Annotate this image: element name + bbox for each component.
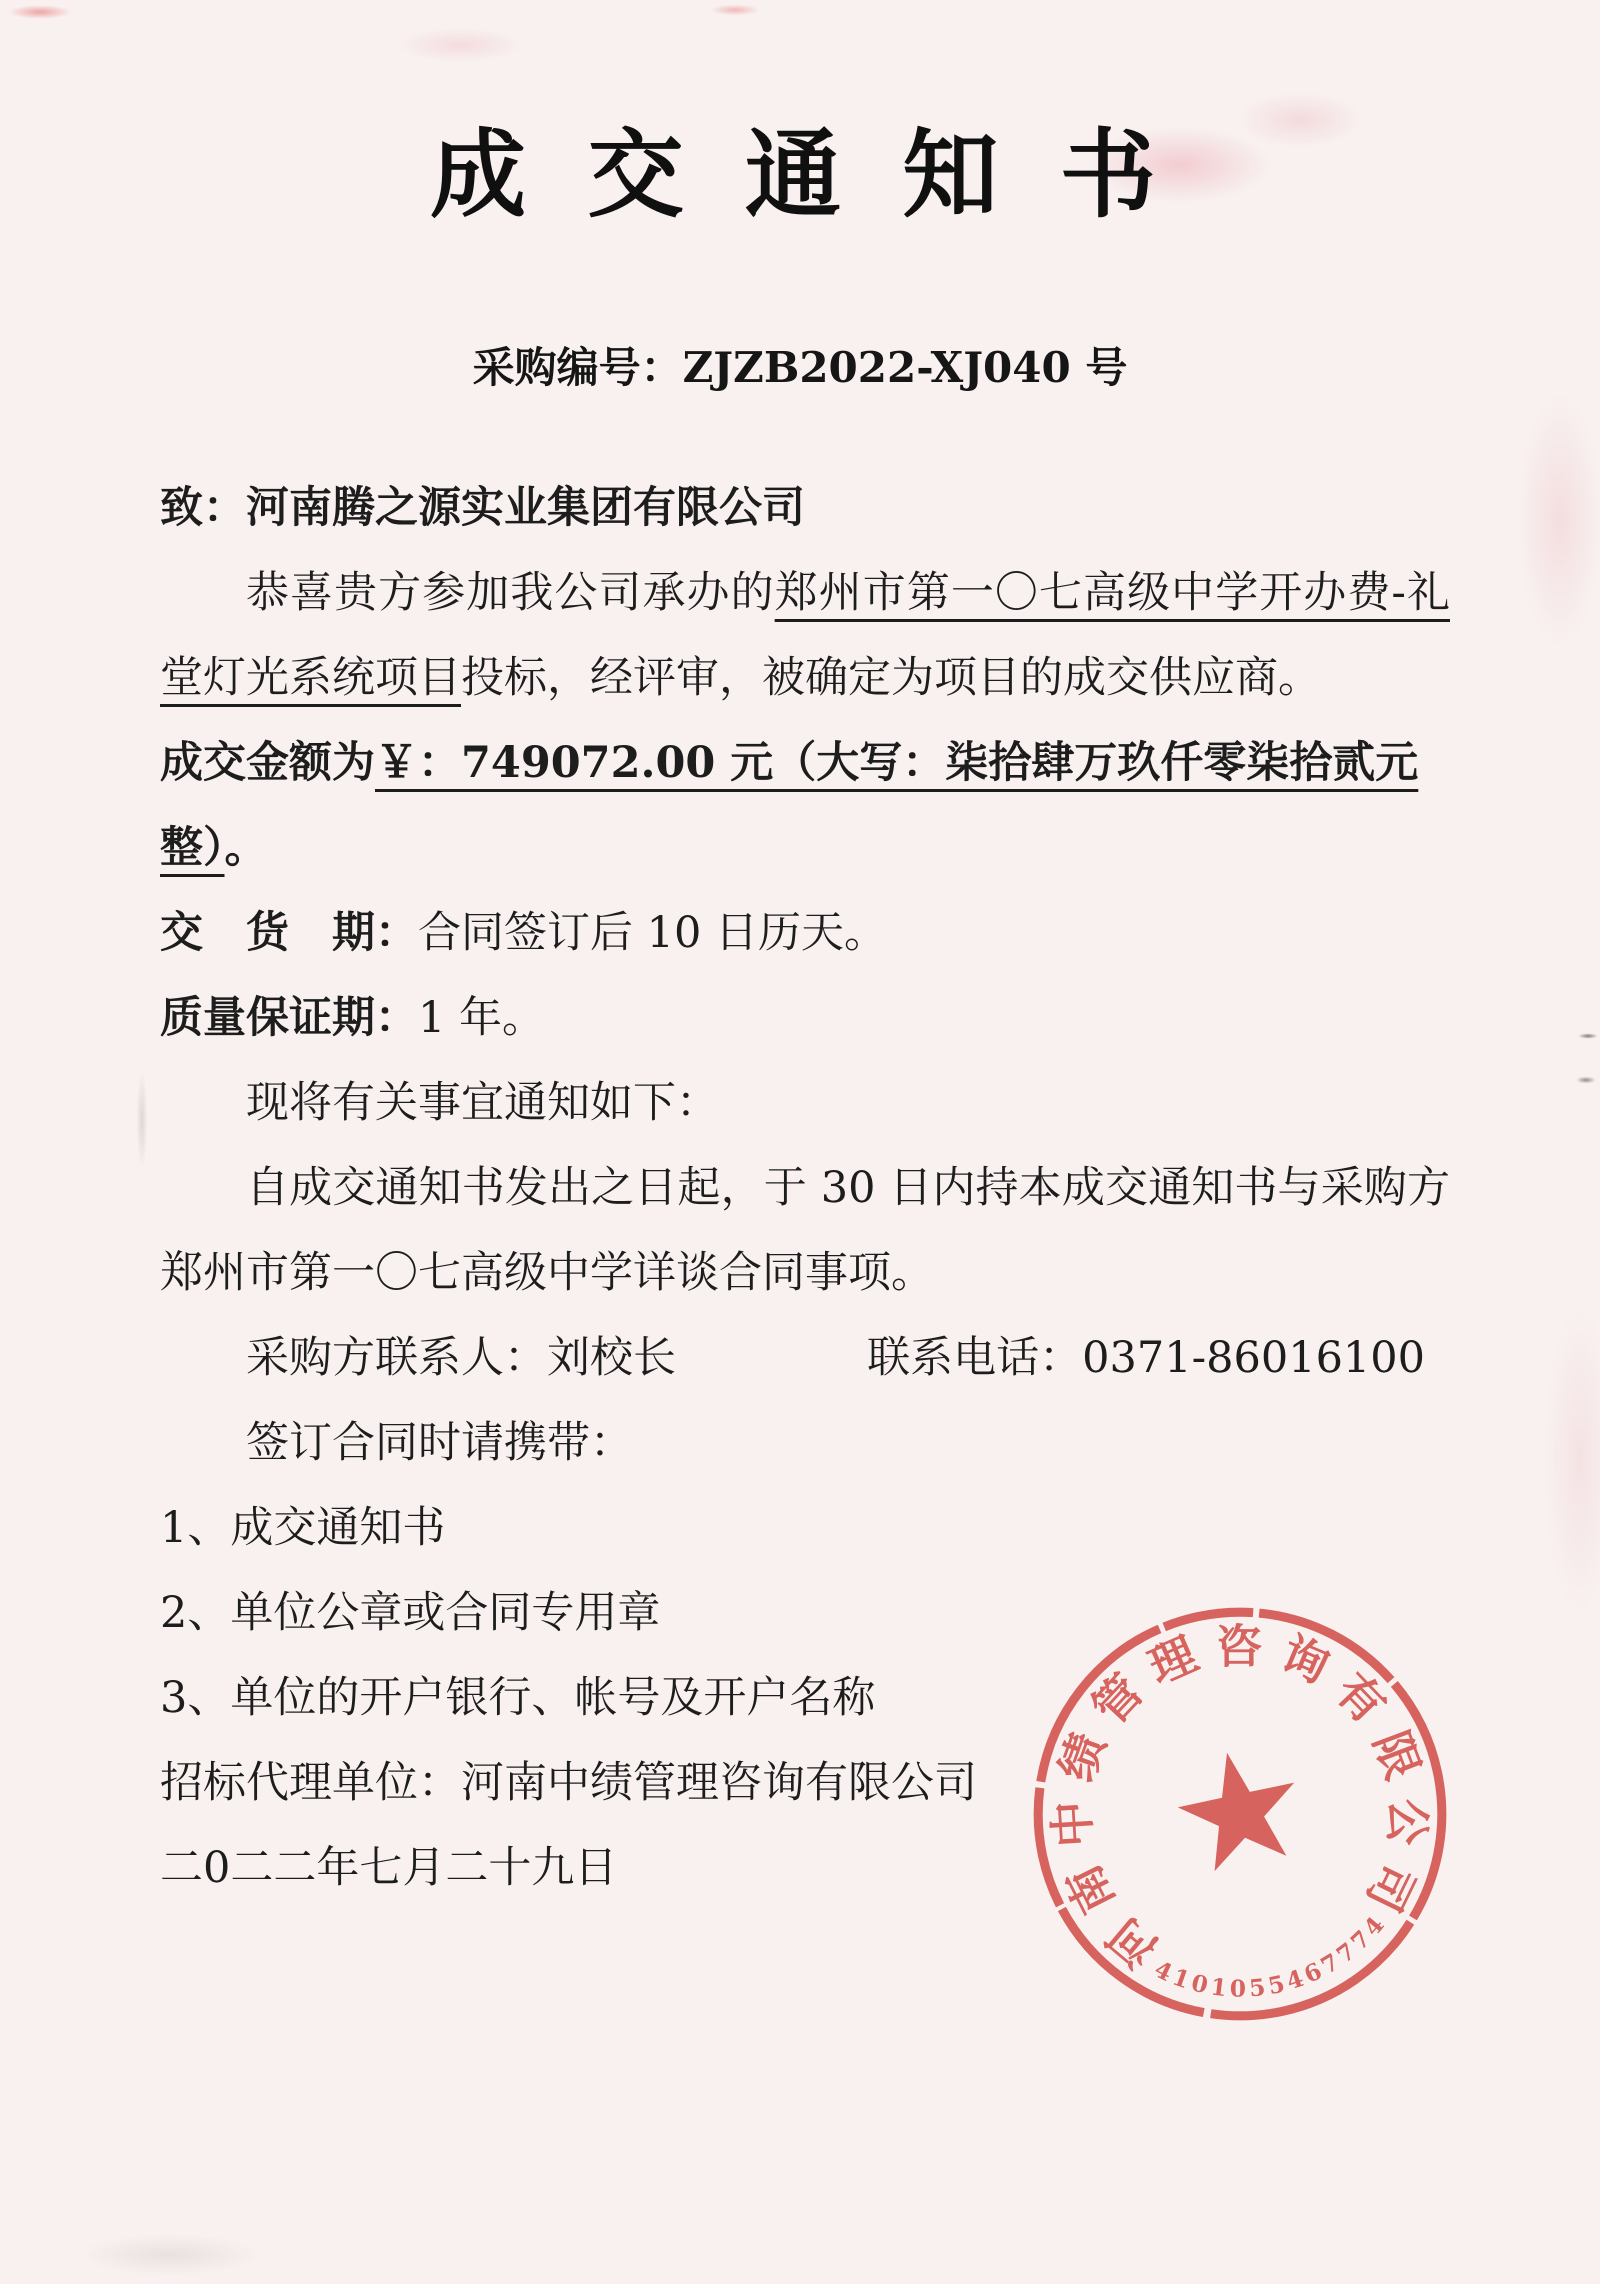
warranty-value: 1 年。 xyxy=(418,993,545,1043)
contact-line: 采购方联系人：刘校长 联系电话：0371-86016100 xyxy=(160,1316,1450,1401)
amount-period: 。 xyxy=(225,823,268,873)
procurement-number-line: 采购编号：ZJZB2022-XJ040 号 xyxy=(0,340,1600,396)
star-icon xyxy=(1169,1740,1309,1876)
warranty-line: 质量保证期：1 年。 xyxy=(160,976,1450,1061)
contact-phone: 联系电话：0371-86016100 xyxy=(867,1316,1425,1401)
contract-note-paragraph: 自成交通知书发出之日起，于 30 日内持本成交通知书与采购方郑州市第一〇七高级中… xyxy=(160,1146,1450,1316)
amount-label: 成交金额为 xyxy=(160,738,375,788)
congratulations-paragraph: 恭喜贵方参加我公司承办的郑州市第一〇七高级中学开办费-礼堂灯光系统项目投标，经评… xyxy=(160,551,1450,721)
svg-text:公: 公 xyxy=(1379,1797,1436,1847)
svg-text:中: 中 xyxy=(1044,1799,1102,1849)
contact-person: 采购方联系人：刘校长 xyxy=(246,1316,676,1401)
svg-text:0: 0 xyxy=(1189,1969,1211,1999)
svg-text:咨: 咨 xyxy=(1216,1618,1263,1673)
congrats-suffix: 投标，经评审，被确定为项目的成交供应商。 xyxy=(461,653,1321,703)
svg-text:1: 1 xyxy=(1209,1973,1228,2002)
svg-text:0: 0 xyxy=(1230,1976,1246,2003)
delivery-line: 交 货 期：合同签订后 10 日历天。 xyxy=(160,891,1450,976)
delivery-label: 交 货 期： xyxy=(160,908,418,958)
amount-line: 成交金额为￥：749072.00 元（大写：柒拾肆万玖仟零柒拾贰元整）。 xyxy=(160,721,1450,891)
svg-text:5: 5 xyxy=(1248,1974,1267,2002)
document-page: 成 交 通 知 书 采购编号：ZJZB2022-XJ040 号 致：河南腾之源实… xyxy=(0,0,1600,2284)
warranty-label: 质量保证期： xyxy=(160,993,418,1043)
bring-intro-line: 签订合同时请携带： xyxy=(160,1401,1450,1486)
congrats-prefix: 恭喜贵方参加我公司承办的 xyxy=(246,568,775,618)
list-item: 1、成交通知书 xyxy=(160,1486,1450,1571)
notice-intro-line: 现将有关事宜通知如下： xyxy=(160,1061,1450,1146)
delivery-value: 合同签订后 10 日历天。 xyxy=(418,908,887,958)
recipient-line: 致：河南腾之源实业集团有限公司 xyxy=(160,466,1450,551)
document-title: 成 交 通 知 书 xyxy=(0,115,1600,235)
company-seal-stamp: 河南中绩管理咨询有限公司4101055467774 xyxy=(1018,1592,1462,2036)
